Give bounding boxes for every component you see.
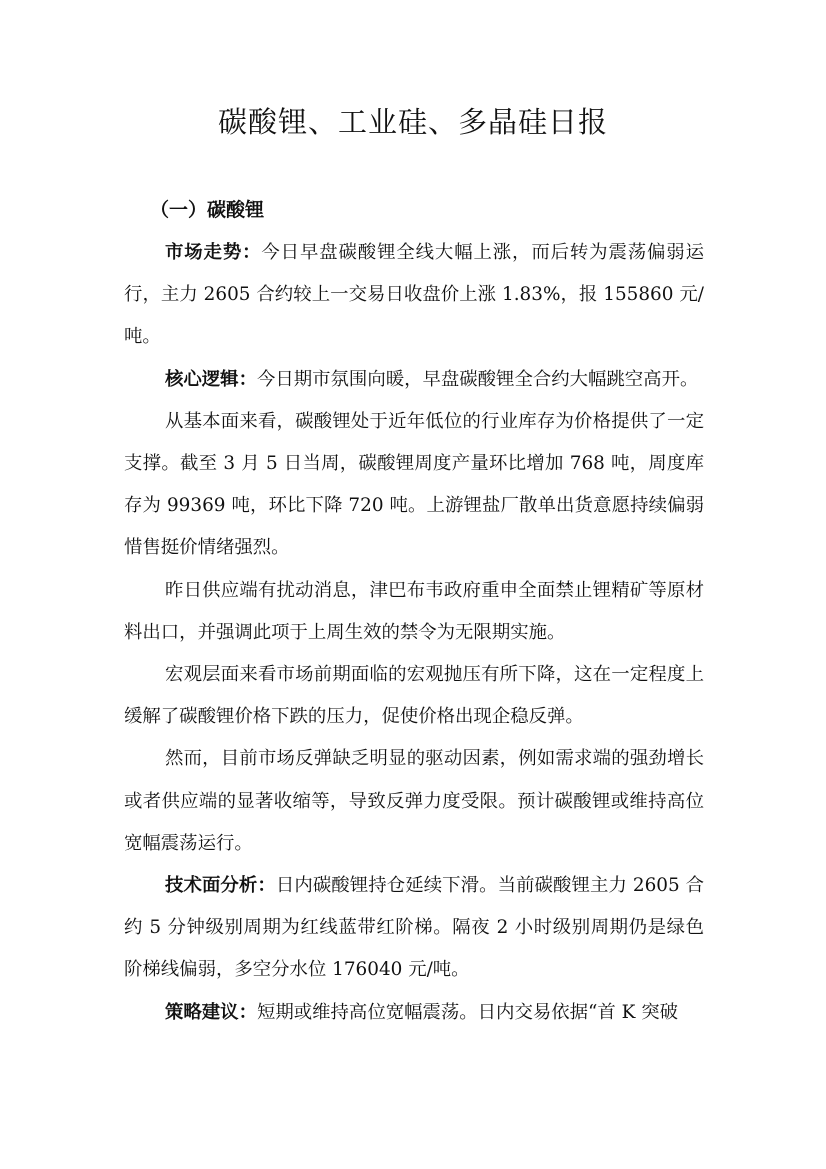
paragraph-outlook: 然而，目前市场反弹缺乏明显的驱动因素，例如需求端的强劲增长或者供应端的显著收缩等… (124, 738, 704, 865)
paragraph-text: 然而，目前市场反弹缺乏明显的驱动因素，例如需求端的强劲增长或者供应端的显著收缩等… (124, 748, 704, 853)
paragraph-lead: 技术面分析： (165, 875, 276, 896)
paragraph-text: 昨日供应端有扰动消息，津巴布韦政府重申全面禁止锂精矿等原材料出口，并强调此项于上… (124, 580, 704, 643)
paragraph-fundamentals: 从基本面来看，碳酸锂处于近年低位的行业库存为价格提供了一定支撑。截至 3 月 5… (124, 401, 704, 570)
paragraph-text: 从基本面来看，碳酸锂处于近年低位的行业库存为价格提供了一定支撑。截至 3 月 5… (124, 411, 704, 559)
paragraph-lead: 策略建议： (165, 1002, 257, 1023)
document-body: 市场走势：今日早盘碳酸锂全线大幅上涨，而后转为震荡偏弱运行，主力 2605 合约… (124, 232, 704, 1034)
paragraph-text: 宏观层面来看市场前期面临的宏观抛压有所下降，这在一定程度上缓解了碳酸锂价格下跌的… (124, 664, 704, 727)
paragraph-macro: 宏观层面来看市场前期面临的宏观抛压有所下降，这在一定程度上缓解了碳酸锂价格下跌的… (124, 654, 704, 738)
paragraph-lead: 市场走势： (165, 242, 261, 263)
paragraph-market-trend: 市场走势：今日早盘碳酸锂全线大幅上涨，而后转为震荡偏弱运行，主力 2605 合约… (124, 232, 704, 359)
document-title: 碳酸锂、工业硅、多晶硅日报 (0, 100, 826, 144)
paragraph-lead: 核心逻辑： (165, 369, 257, 390)
document-page: 碳酸锂、工业硅、多晶硅日报 （一）碳酸锂 市场走势：今日早盘碳酸锂全线大幅上涨，… (0, 0, 826, 1169)
section-heading-lithium-carbonate: （一）碳酸锂 (150, 195, 264, 225)
paragraph-technical-analysis: 技术面分析：日内碳酸锂持仓延续下滑。当前碳酸锂主力 2605 合约 5 分钟级别… (124, 865, 704, 992)
paragraph-core-logic: 核心逻辑：今日期市氛围向暖，早盘碳酸锂全合约大幅跳空高开。 (124, 359, 704, 401)
paragraph-supply-news: 昨日供应端有扰动消息，津巴布韦政府重申全面禁止锂精矿等原材料出口，并强调此项于上… (124, 570, 704, 654)
paragraph-text: 短期或维持高位宽幅震荡。日内交易依据“首 K 突破 (257, 1002, 678, 1023)
paragraph-text: 今日期市氛围向暖，早盘碳酸锂全合约大幅跳空高开。 (257, 369, 698, 390)
paragraph-strategy: 策略建议：短期或维持高位宽幅震荡。日内交易依据“首 K 突破 (124, 992, 704, 1034)
